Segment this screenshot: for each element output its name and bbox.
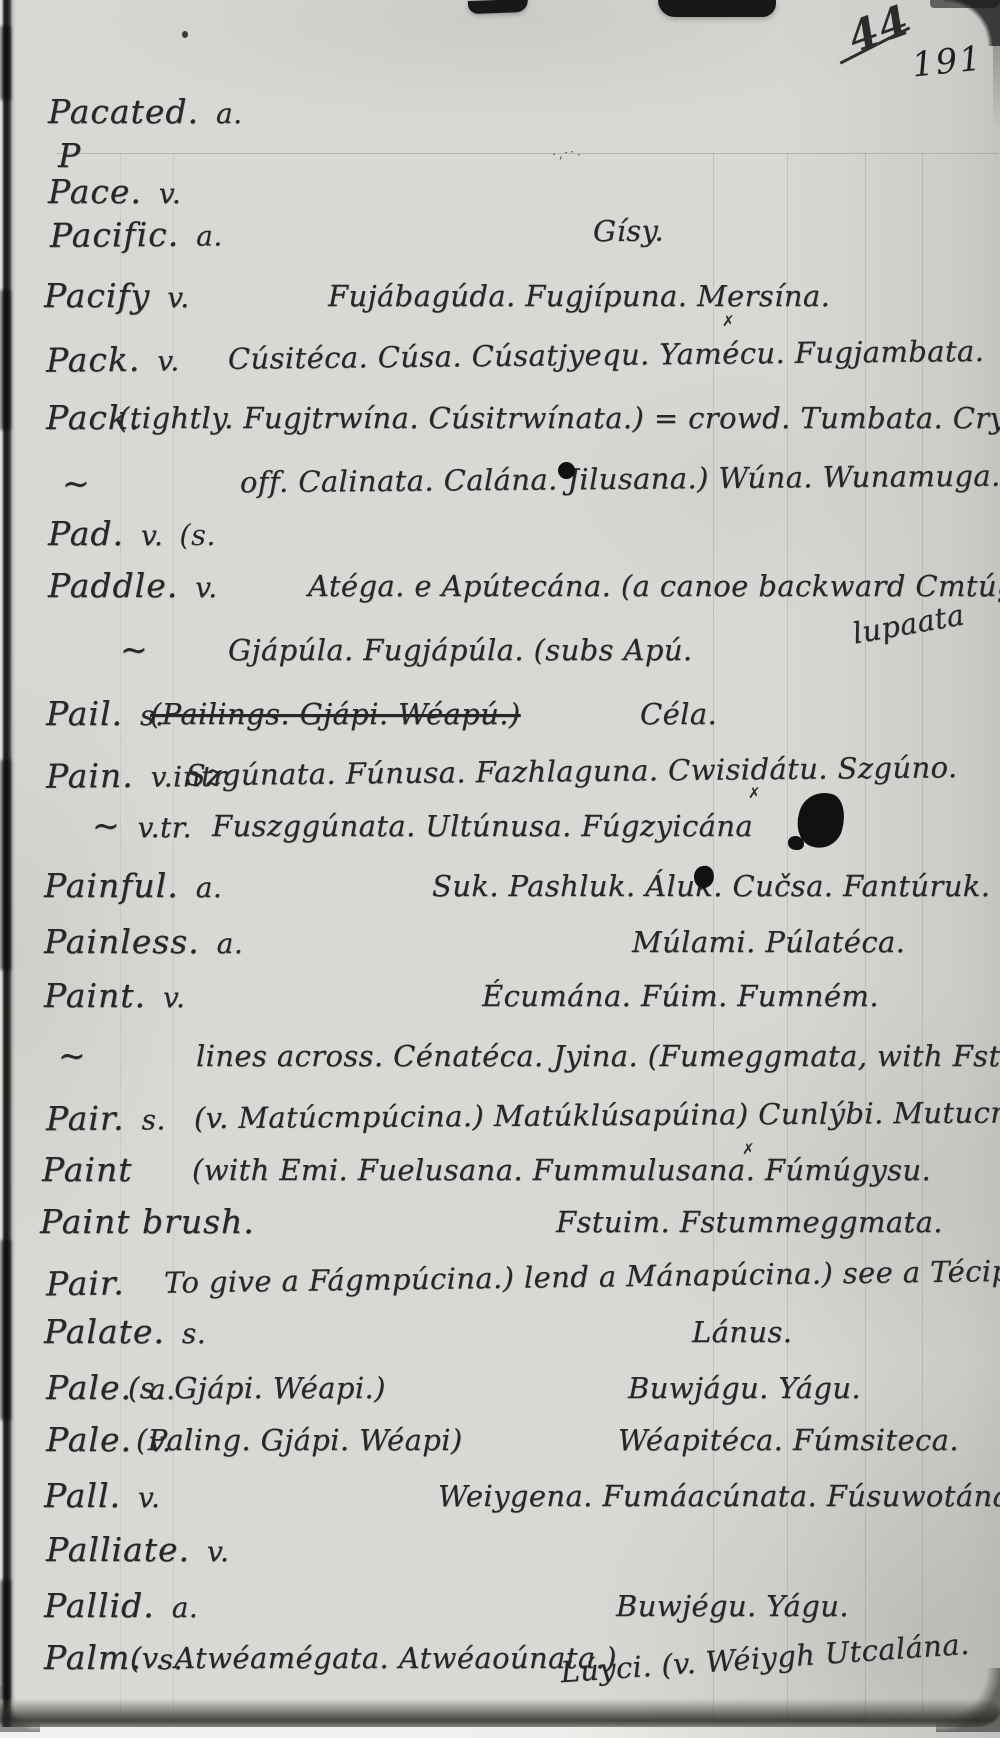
entry-headword: Pain. — [46, 756, 134, 796]
entry-headword: Palm. — [44, 1638, 142, 1677]
entry-headline: Pair.s. — [46, 1098, 166, 1138]
entry-headword: Pale. — [46, 1368, 132, 1407]
entry-translation: Múlami. Púlatéca. — [632, 925, 905, 959]
entry-headword: Pail. — [46, 694, 123, 733]
entry-headword: ~ — [92, 806, 121, 845]
scan-edge-shadow — [0, 760, 11, 970]
ink-dot — [182, 31, 188, 38]
page-corner-bottom-right — [936, 1668, 1000, 1732]
scan-edge-shadow — [0, 26, 11, 100]
entry-headword: Pacific. — [50, 215, 180, 255]
entry-headline: Pail.s. — [46, 694, 164, 733]
entry-translation: Fujábagúda. Fugjípuna. Mersína. — [328, 279, 830, 313]
entry-headword: Pair. — [46, 1099, 125, 1139]
entry-row: Pacific.a.Gísy. — [0, 208, 1000, 271]
entry-headword: Pace. — [48, 172, 142, 211]
entry-translation: Fuszggúnata. Ultúnusa. Fúgzyicána — [212, 809, 753, 843]
entry-headline: Paint.v. — [44, 976, 185, 1015]
entry-translation: Céla. — [640, 697, 717, 731]
entry-row: Pad.v.(s. — [0, 514, 1000, 568]
entry-headword: Palliate. — [46, 1530, 190, 1569]
entry-row: Paint.v.Écumána. Fúim. Fumném. — [0, 976, 1000, 1030]
entry-headline: Paddle.v. — [48, 566, 218, 605]
entry-headline: Paint brush. — [40, 1202, 255, 1241]
entry-translation: (v. Matúcmpúcina.) Matúklúsapúina) Cunlý… — [194, 1095, 1000, 1135]
top-edge-smudge — [658, 0, 776, 17]
entry-note: To give a Fágmpúcina.) lend a Mánapúcina… — [164, 1253, 1000, 1300]
scan-edge-shadow — [0, 1580, 11, 1700]
entry-row: Painless.a.Múlami. Púlatéca. — [0, 922, 1000, 976]
entry-headword: ~ — [120, 630, 149, 669]
entry-headline: ~ — [120, 630, 149, 669]
entry-headword: P — [58, 136, 81, 175]
entry-headline: Pacific.a. — [50, 214, 223, 255]
entry-headline: Pace.v. — [48, 172, 181, 211]
entry-row: ~lines across. Cénatéca. Jyina. (Fumeggm… — [0, 1036, 1000, 1090]
entry-row: Paint brush.Fstuim. Fstummeggmata. — [0, 1202, 1000, 1256]
entry-pos-label: v.tr. — [138, 811, 192, 844]
entry-headline: ~v.tr. — [92, 806, 192, 845]
entry-translation: Écumána. Fúim. Fumném. — [482, 979, 879, 1013]
entry-translation: Gjápúla. Fugjápúla. (subs Apú. — [228, 633, 693, 667]
entry-note: (s. Gjápi. Wéapi.) — [128, 1371, 386, 1405]
entry-headline: ~ — [58, 1036, 87, 1075]
entry-pos-label: v. — [163, 981, 185, 1014]
entry-headline: Painless.a. — [44, 922, 243, 961]
scan-edge-shadow — [0, 290, 11, 430]
entry-row: ~v.tr.Fuszggúnata. Ultúnusa. Fúgzyicána — [0, 806, 1000, 860]
entry-translation: Wéapitéca. Fúmsiteca. — [618, 1423, 959, 1457]
entry-headline: Pack.v. — [46, 339, 180, 379]
entry-pos-label: v. — [157, 344, 180, 377]
entry-headword: Pall. — [44, 1476, 121, 1515]
entry-headword: Pair. — [46, 1263, 125, 1303]
entry-row: ~off. Calinata. Calána. Jilusana.) Wúna.… — [0, 456, 1000, 519]
entry-translation: Szgúnata. Fúnusa. Fazhlaguna. Cwisidátu.… — [186, 750, 958, 792]
entry-pos-label: s. — [141, 1103, 166, 1136]
entry-note: (Paling. Gjápi. Wéapi) — [136, 1423, 463, 1457]
bottom-scan-shadow — [0, 1699, 1000, 1729]
entry-row: Pale.a.(s. Gjápi. Wéapi.)Buwjágu. Yágu. — [0, 1368, 1000, 1422]
entry-headword: Pale. — [46, 1420, 132, 1459]
entry-headword: Paddle. — [48, 566, 178, 605]
entry-row: Palm.s.(v. Atwéamégata. Atwéaoúnata.)Lúy… — [0, 1638, 1000, 1692]
entry-headword: Paint — [42, 1150, 132, 1189]
entry-headword: ~ — [62, 464, 91, 503]
entry-pos-label: s. — [182, 1317, 206, 1350]
entry-row: Paint(with Emi. Fuelusana. Fummulusana. … — [0, 1150, 1000, 1204]
entry-headline: Pad.v.(s. — [48, 514, 216, 553]
x-mark: ✗ — [748, 784, 761, 802]
entry-headline: ~ — [62, 464, 91, 503]
entry-translation: Fstuim. Fstummeggmata. — [556, 1205, 943, 1239]
entry-row: Pack.(tightly. Fugjtrwína. Cúsitrwínata.… — [0, 398, 1000, 452]
entry-pos-label: a. — [217, 927, 244, 960]
ink-blot — [558, 462, 575, 479]
entry-translation: Lánus. — [692, 1315, 792, 1349]
entry-translation: Gísy. — [593, 214, 664, 249]
entry-row: Pair.To give a Fágmpúcina.) lend a Mánap… — [0, 1251, 1000, 1319]
entry-translation: Weiygena. Fumáacúnata. Fúsuwotána. — [438, 1479, 1000, 1513]
bottom-scan-margin — [0, 1727, 1000, 1738]
entry-pos-label: v. — [195, 571, 217, 604]
entry-note: off. Calinata. Calána. Jilusana.) Wúna. … — [240, 457, 1000, 499]
entry-row: Pain.v.intrSzgúnata. Fúnusa. Fazhlaguna.… — [0, 747, 1000, 811]
entry-headline: Pacated.a. — [48, 92, 243, 131]
entry-headword: Pack. — [46, 340, 141, 380]
entry-headword: Pacify — [44, 276, 150, 315]
entry-row: Pallid.a.Buwjégu. Yágu. — [0, 1586, 1000, 1640]
entry-headword: Paint brush. — [40, 1202, 255, 1241]
x-mark: ✗ — [722, 312, 735, 330]
entry-row: Pack.v.Cúsitéca. Cúsa. Cúsatjyequ. Yaméc… — [0, 331, 1000, 395]
entry-row: Pacifyv.Fujábagúda. Fugjípuna. Mersína. — [0, 276, 1000, 330]
entry-headline: Pacifyv. — [44, 276, 190, 315]
entry-pos-label: a. — [172, 1591, 199, 1624]
entry-headword: Pallid. — [44, 1586, 155, 1625]
entry-note: (s. — [179, 518, 216, 552]
entry-row: ~Gjápúla. Fugjápúla. (subs Apú. — [0, 630, 1000, 684]
entry-translation: Cúsitéca. Cúsa. Cúsatjyequ. Yamécu. Fugj… — [228, 334, 985, 376]
entry-pos-label: v. — [141, 519, 163, 552]
entry-pos-label: v. — [138, 1481, 160, 1514]
scan-edge-shadow — [0, 1240, 11, 1420]
entry-pos-label: a. — [216, 97, 243, 130]
x-mark: ✗ — [742, 1140, 755, 1158]
entry-translation: Atéga. e Apútecána. (a canoe backward Cm… — [308, 569, 1000, 603]
entry-pos-label: a. — [196, 871, 223, 904]
entry-headword: Pad. — [48, 514, 124, 553]
entry-row: Palliate.v. — [0, 1530, 1000, 1584]
entry-note: (v. Atwéamégata. Atwéaoúnata.) — [130, 1641, 617, 1675]
entry-headline: P — [58, 136, 81, 175]
entry-translation: Buwjágu. Yágu. — [628, 1371, 861, 1405]
entry-row: Pale.v.(Paling. Gjápi. Wéapi)Wéapitéca. … — [0, 1420, 1000, 1474]
entry-pos-label: v. — [207, 1535, 229, 1568]
entry-pos-label: a. — [196, 219, 223, 252]
entry-note: (with Emi. Fuelusana. Fummulusana. Fúmúg… — [192, 1153, 931, 1187]
entry-headline: Pallid.a. — [44, 1586, 198, 1625]
entry-headline: Palate.s. — [44, 1312, 206, 1351]
entry-headword: Paint. — [44, 976, 146, 1015]
entry-headline: Painful.a. — [44, 866, 222, 905]
entry-pos-label: v. — [167, 281, 189, 314]
entry-headline: Paint — [42, 1150, 132, 1189]
top-edge-smudge — [468, 0, 528, 14]
entry-row: Palate.s.Lánus. — [0, 1312, 1000, 1366]
entry-note: (tightly. Fugjtrwína. Cúsitrwínata.) = c… — [118, 401, 1000, 435]
ink-blot — [788, 836, 804, 850]
top-edge-smudge — [930, 0, 1000, 8]
entry-headword: Painful. — [44, 866, 179, 905]
entry-headword: Palate. — [44, 1312, 165, 1351]
page-corner-bottom-left — [0, 1686, 40, 1732]
entry-note: lines across. Cénatéca. Jyina. (Fumeggma… — [196, 1039, 1000, 1073]
entry-row: Pall.v.Weiygena. Fumáacúnata. Fúsuwotána… — [0, 1476, 1000, 1530]
entry-headline: Pair. — [46, 1263, 125, 1303]
entry-headword: Painless. — [44, 922, 200, 961]
manuscript-page: 44 191 ✗ ✗ ✗ ·‚··. Pacated.a.PPace.v.Pac… — [0, 0, 1000, 1738]
entry-pos-label: v. — [159, 177, 181, 210]
entry-row: Pair.s.(v. Matúcmpúcina.) Matúklúsapúina… — [0, 1093, 1000, 1154]
entry-note-struck: (Pailings. Gjápi. Wéapú.) — [150, 697, 521, 731]
entry-headline: Pall.v. — [44, 1476, 160, 1515]
entry-translation: Buwjégu. Yágu. — [616, 1589, 849, 1623]
entry-row: Painful.a.Suk. Pashluk. Áluk. Cučsa. Fan… — [0, 866, 1000, 920]
entry-row: Pail.s.(Pailings. Gjápi. Wéapú.)Céla. — [0, 694, 1000, 748]
entry-headword: ~ — [58, 1036, 87, 1075]
entry-headline: Palliate.v. — [46, 1530, 229, 1569]
entry-headword: Pacated. — [48, 92, 199, 131]
